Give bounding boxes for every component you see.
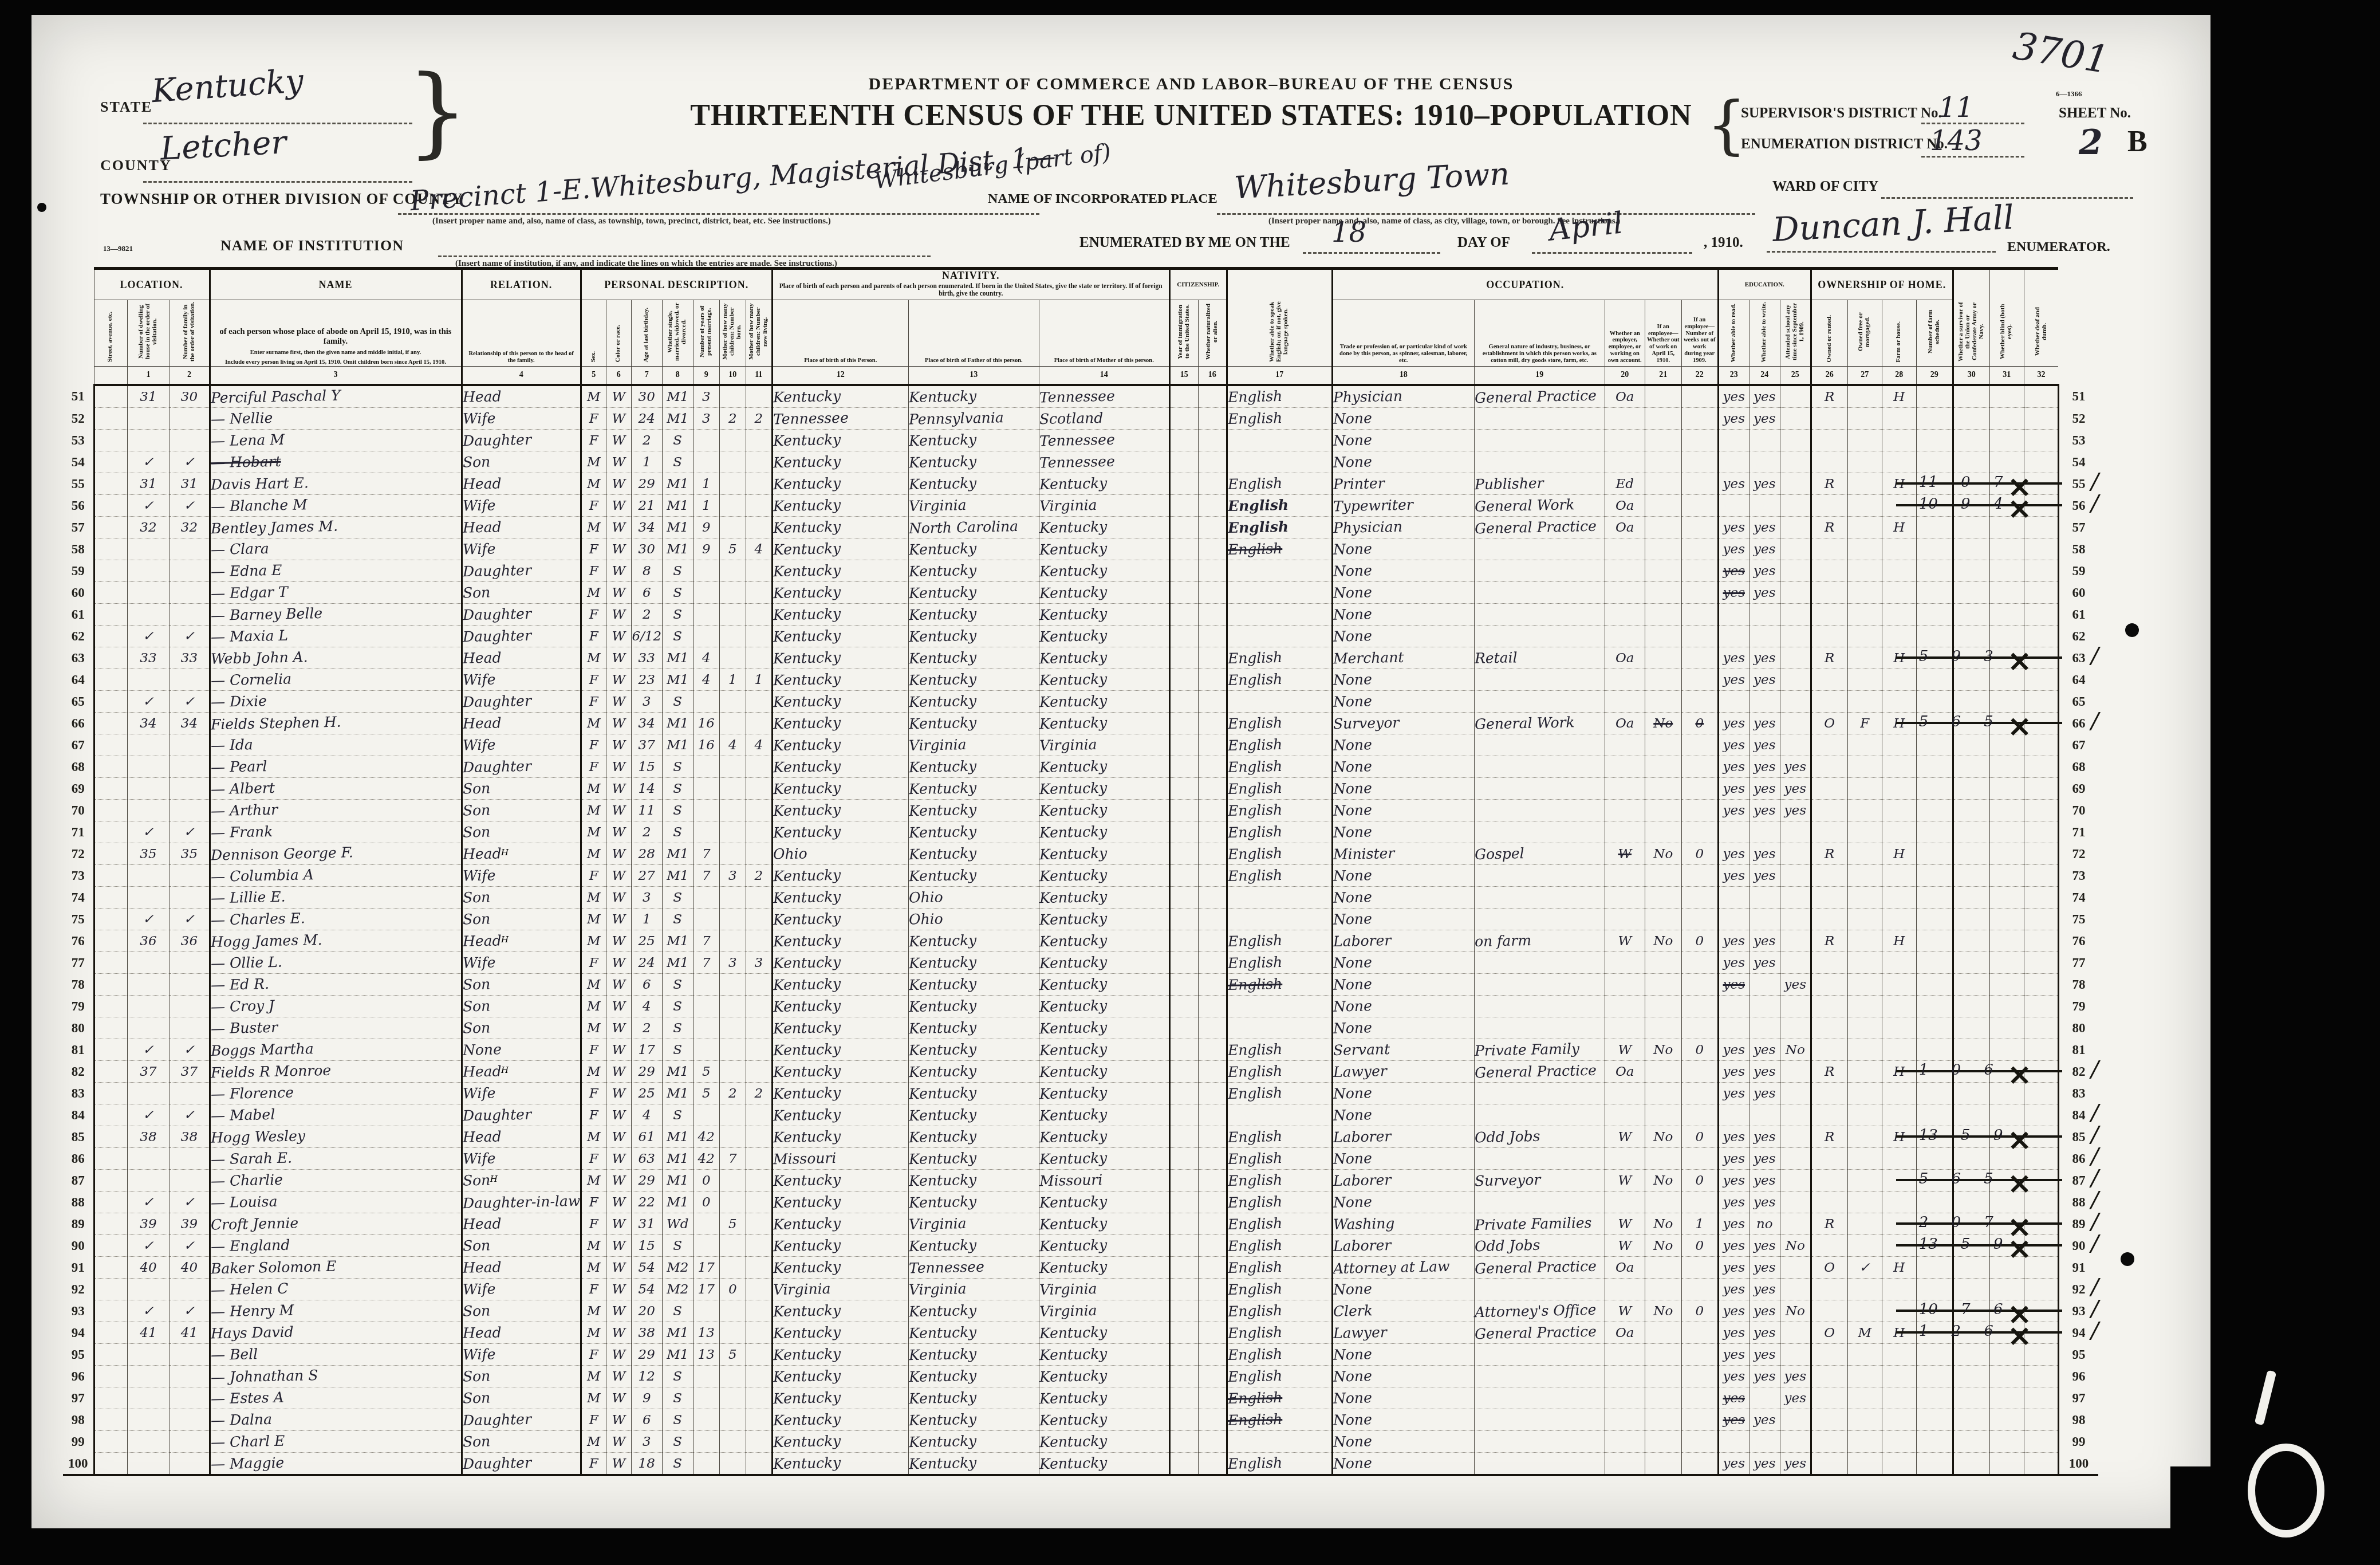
cell-can-read: yes xyxy=(1718,952,1749,974)
cell-free-mortgaged xyxy=(1847,821,1882,843)
cell-farm-house xyxy=(1882,734,1916,756)
census-row-63: 633333Webb John A.HeadMW33M14KentuckyKen… xyxy=(63,647,2098,669)
cell-personal: 8 xyxy=(631,560,662,582)
cell-personal xyxy=(719,495,746,517)
cell-naturalized xyxy=(1198,1344,1227,1366)
cell-weeks-out xyxy=(1681,1453,1718,1476)
line-number-left: 58 xyxy=(63,538,94,560)
cell-immigration-year xyxy=(1169,560,1198,582)
cell-attended-school xyxy=(1780,930,1811,952)
cell-out-of-work xyxy=(1645,560,1681,582)
cell-free-mortgaged xyxy=(1847,1148,1882,1170)
cell-personal: W xyxy=(606,1017,631,1039)
cell-personal: Wd xyxy=(662,1213,693,1235)
line-number-right: 60 xyxy=(2058,582,2098,604)
cell-free-mortgaged xyxy=(1847,408,1882,430)
cell-language: English xyxy=(1227,1453,1332,1476)
line-number-left: 82 xyxy=(63,1061,94,1083)
cell-name: — Barney Belle xyxy=(210,604,462,626)
cell-industry: on farm xyxy=(1474,930,1605,952)
cell-can-write xyxy=(1749,1104,1780,1126)
cell-free-mortgaged xyxy=(1847,1344,1882,1366)
cell-can-write xyxy=(1749,887,1780,909)
cell-dwelling xyxy=(127,952,170,974)
cell-name: — Dalna xyxy=(210,1409,462,1431)
col-header-name: of each person whose place of abode on A… xyxy=(210,300,462,367)
line-number-right: 67 xyxy=(2058,734,2098,756)
cell-name: Hays David xyxy=(210,1322,462,1344)
cell-personal xyxy=(719,1126,746,1148)
cell-out-of-work: No xyxy=(1645,1235,1681,1257)
cell-out-of-work xyxy=(1645,1409,1681,1431)
cell-personal: S xyxy=(662,604,693,626)
cell-out-of-work xyxy=(1645,451,1681,473)
cell-attended-school xyxy=(1780,560,1811,582)
col-header-pobm: Place of birth of Mother of this person. xyxy=(1039,300,1169,367)
cell-language: English xyxy=(1227,843,1332,865)
census-row-79: 79— Croy JSonMW4SKentuckyKentuckyKentuck… xyxy=(63,996,2098,1017)
cell-farm-schedule: 5 6 5× xyxy=(1916,713,1953,734)
cell-relation: Son xyxy=(462,800,581,821)
cell-personal: 3 xyxy=(631,887,662,909)
cell-immigration-year xyxy=(1169,1322,1198,1344)
cell-free-mortgaged xyxy=(1847,1170,1882,1192)
cell-language: English xyxy=(1227,1170,1332,1192)
cell-personal: W xyxy=(606,1170,631,1192)
cell-mother-birthplace: Virginia xyxy=(1039,1300,1169,1322)
cell-farm-schedule: 1 2 6× xyxy=(1916,1322,1953,1344)
cell-blind xyxy=(1989,604,2024,626)
cell-out-of-work: No xyxy=(1645,843,1681,865)
cell-immigration-year xyxy=(1169,952,1198,974)
cell-personal xyxy=(719,1409,746,1431)
cell-personal: S xyxy=(662,996,693,1017)
cell-family xyxy=(170,560,210,582)
cell-war-survivor xyxy=(1953,1409,1989,1431)
cell-dwelling xyxy=(127,1279,170,1300)
cell-employer-status xyxy=(1605,1344,1645,1366)
cell-attended-school xyxy=(1780,669,1811,691)
cell-street xyxy=(94,930,127,952)
line-number-right: 56/ xyxy=(2058,495,2098,517)
cell-personal: W xyxy=(606,930,631,952)
cell-family xyxy=(170,1344,210,1366)
sheet-value: 2 xyxy=(2079,123,2103,163)
cell-immigration-year xyxy=(1169,821,1198,843)
cell-can-read: yes xyxy=(1718,1148,1749,1170)
cell-employer-status: Oa xyxy=(1605,647,1645,669)
cell-name: — Florence xyxy=(210,1083,462,1104)
cell-father-birthplace: Kentucky xyxy=(908,647,1039,669)
cell-language: English xyxy=(1227,930,1332,952)
cell-personal: 5 xyxy=(693,1061,719,1083)
cell-personal: S xyxy=(662,756,693,778)
census-row-89: 893939Croft JennieHeadFW31Wd5KentuckyVir… xyxy=(63,1213,2098,1235)
cell-mother-birthplace: Kentucky xyxy=(1039,560,1169,582)
cell-relation: HeadH xyxy=(462,843,581,865)
cell-farm-house xyxy=(1882,538,1916,560)
cell-personal xyxy=(746,691,772,713)
line-number-left: 72 xyxy=(63,843,94,865)
cell-family: 35 xyxy=(170,843,210,865)
cell-relation: Son xyxy=(462,821,581,843)
line-number-left: 89 xyxy=(63,1213,94,1235)
cell-trade: Attorney at Law xyxy=(1332,1257,1474,1279)
cell-mother-birthplace: Kentucky xyxy=(1039,1213,1169,1235)
cell-father-birthplace: Kentucky xyxy=(908,1453,1039,1476)
census-row-86: 86— Sarah E.WifeFW63M1427MissouriKentuck… xyxy=(63,1148,2098,1170)
cell-can-write: yes xyxy=(1749,1453,1780,1476)
cell-personal xyxy=(719,1061,746,1083)
col-number-mortgage: 27 xyxy=(1847,367,1882,386)
cell-industry xyxy=(1474,974,1605,996)
cell-personal: S xyxy=(662,1300,693,1322)
cell-blind xyxy=(1989,756,2024,778)
cell-can-read: yes xyxy=(1718,1039,1749,1061)
cell-attended-school: yes xyxy=(1780,800,1811,821)
cell-war-survivor xyxy=(1953,669,1989,691)
cell-personal: M xyxy=(581,1322,606,1344)
cell-farm-schedule xyxy=(1916,1083,1953,1104)
cell-personal: 15 xyxy=(631,1235,662,1257)
cell-family xyxy=(170,538,210,560)
census-row-88: 88✓✓— LouisaDaughter-in-lawFW22M10Kentuc… xyxy=(63,1192,2098,1213)
cell-farm-schedule xyxy=(1916,1257,1953,1279)
cell-relation: HeadH xyxy=(462,1061,581,1083)
cell-personal: 1 xyxy=(719,669,746,691)
census-row-53: 53— Lena MDaughterFW2SKentuckyKentuckyTe… xyxy=(63,430,2098,451)
enumeration-line xyxy=(1921,156,2024,158)
cell-language: English xyxy=(1227,1213,1332,1235)
cell-attended-school xyxy=(1780,647,1811,669)
cell-mother-birthplace: Kentucky xyxy=(1039,1344,1169,1366)
cell-naturalized xyxy=(1198,1279,1227,1300)
line-number-left: 68 xyxy=(63,756,94,778)
cell-owned-rented xyxy=(1811,1344,1847,1366)
cell-personal: M1 xyxy=(662,669,693,691)
cell-birthplace: Virginia xyxy=(772,1279,908,1300)
cell-farm-schedule: 10 7 6× xyxy=(1916,1300,1953,1322)
cell-relation: Daughter xyxy=(462,756,581,778)
cell-out-of-work xyxy=(1645,1344,1681,1366)
cell-attended-school xyxy=(1780,1213,1811,1235)
cell-personal: 1 xyxy=(631,909,662,930)
cell-out-of-work xyxy=(1645,647,1681,669)
cell-birthplace: Kentucky xyxy=(772,495,908,517)
cell-language xyxy=(1227,1431,1332,1453)
cell-personal: M1 xyxy=(662,408,693,430)
cell-deaf-dumb xyxy=(2024,538,2058,560)
cell-name: Webb John A. xyxy=(210,647,462,669)
cell-out-of-work xyxy=(1645,1104,1681,1126)
cell-dwelling: 31 xyxy=(127,385,170,408)
cell-free-mortgaged xyxy=(1847,1213,1882,1235)
cell-immigration-year xyxy=(1169,1431,1198,1453)
cell-personal: F xyxy=(581,626,606,647)
cell-language: English xyxy=(1227,821,1332,843)
line-number-left: 79 xyxy=(63,996,94,1017)
cell-birthplace: Kentucky xyxy=(772,1300,908,1322)
cell-free-mortgaged: ✓ xyxy=(1847,1257,1882,1279)
cell-industry: General Practice xyxy=(1474,1257,1605,1279)
cell-employer-status xyxy=(1605,626,1645,647)
cell-employer-status: W xyxy=(1605,1126,1645,1148)
cell-name: Hogg Wesley xyxy=(210,1126,462,1148)
cell-owned-rented xyxy=(1811,887,1847,909)
cell-trade: None xyxy=(1332,909,1474,930)
cell-personal: W xyxy=(606,560,631,582)
cell-personal: W xyxy=(606,1431,631,1453)
cell-weeks-out xyxy=(1681,691,1718,713)
col-number-employer: 20 xyxy=(1605,367,1645,386)
census-row-83: 83— FlorenceWifeFW25M1522KentuckyKentuck… xyxy=(63,1083,2098,1104)
cell-can-write: yes xyxy=(1749,517,1780,538)
cell-personal xyxy=(746,495,772,517)
cell-personal: M1 xyxy=(662,385,693,408)
cell-farm-house xyxy=(1882,865,1916,887)
line-number-right: 94/ xyxy=(2058,1322,2098,1344)
cell-war-survivor xyxy=(1953,930,1989,952)
cell-out-of-work xyxy=(1645,604,1681,626)
cell-employer-status: Oa xyxy=(1605,517,1645,538)
cell-naturalized xyxy=(1198,1431,1227,1453)
line-number-right: 82/ xyxy=(2058,1061,2098,1083)
cell-relation: Head xyxy=(462,1213,581,1235)
cell-street xyxy=(94,1235,127,1257)
cell-free-mortgaged xyxy=(1847,1126,1882,1148)
cell-dwelling: 37 xyxy=(127,1061,170,1083)
cell-personal: W xyxy=(606,756,631,778)
cell-owned-rented xyxy=(1811,1148,1847,1170)
cell-street xyxy=(94,473,127,495)
col-number-blind: 31 xyxy=(1989,367,2024,386)
cell-dwelling xyxy=(127,669,170,691)
col-number-color: 6 xyxy=(606,367,631,386)
cell-birthplace: Kentucky xyxy=(772,538,908,560)
census-row-70: 70— ArthurSonMW11SKentuckyKentuckyKentuc… xyxy=(63,800,2098,821)
col-number-relation: 4 xyxy=(462,367,581,386)
cell-can-write: yes xyxy=(1749,582,1780,604)
census-row-98: 98— DalnaDaughterFW6SKentuckyKentuckyKen… xyxy=(63,1409,2098,1431)
cell-can-read: yes xyxy=(1718,1453,1749,1476)
cell-can-read: yes xyxy=(1718,1192,1749,1213)
cell-immigration-year xyxy=(1169,930,1198,952)
cell-language: English xyxy=(1227,1300,1332,1322)
line-number-right: 61 xyxy=(2058,604,2098,626)
line-number-right: 100 xyxy=(2058,1453,2098,1476)
line-number-left: 91 xyxy=(63,1257,94,1279)
cell-mother-birthplace: Kentucky xyxy=(1039,1126,1169,1148)
cell-farm-schedule xyxy=(1916,843,1953,865)
cell-attended-school xyxy=(1780,582,1811,604)
cell-industry: General Work xyxy=(1474,713,1605,734)
cell-personal: M1 xyxy=(662,1192,693,1213)
col-number-sex: 5 xyxy=(581,367,606,386)
group-header: OWNERSHIP OF HOME. xyxy=(1811,269,1953,300)
cell-out-of-work xyxy=(1645,1061,1681,1083)
cell-can-read: yes xyxy=(1718,1387,1749,1409)
cell-employer-status: W xyxy=(1605,1170,1645,1192)
cell-deaf-dumb xyxy=(2024,1017,2058,1039)
cell-personal xyxy=(746,1453,772,1476)
col-number-schedule: 29 xyxy=(1916,367,1953,386)
cell-mother-birthplace: Kentucky xyxy=(1039,1017,1169,1039)
cell-personal: 2 xyxy=(746,408,772,430)
cell-weeks-out xyxy=(1681,1257,1718,1279)
cell-war-survivor xyxy=(1953,843,1989,865)
cell-personal xyxy=(746,1431,772,1453)
cell-relation: Wife xyxy=(462,495,581,517)
cell-can-read: yes xyxy=(1718,1170,1749,1192)
cell-trade: Physician xyxy=(1332,385,1474,408)
cell-personal: 30 xyxy=(631,385,662,408)
col-header-trade: Trade or profession of, or particular ki… xyxy=(1332,300,1474,367)
cell-employer-status xyxy=(1605,1083,1645,1104)
cell-farm-house xyxy=(1882,1453,1916,1476)
cell-out-of-work: No xyxy=(1645,1213,1681,1235)
cell-farm-schedule xyxy=(1916,778,1953,800)
line-number-left: 75 xyxy=(63,909,94,930)
cell-relation: Son xyxy=(462,1431,581,1453)
cell-name: Fields Stephen H. xyxy=(210,713,462,734)
cell-language xyxy=(1227,691,1332,713)
col-number-pob: 12 xyxy=(772,367,908,386)
cell-personal xyxy=(719,582,746,604)
cell-weeks-out xyxy=(1681,451,1718,473)
cell-personal: W xyxy=(606,1192,631,1213)
cell-personal: W xyxy=(606,1453,631,1476)
cell-deaf-dumb xyxy=(2024,560,2058,582)
cell-personal: S xyxy=(662,821,693,843)
cell-relation: Son xyxy=(462,974,581,996)
cell-attended-school xyxy=(1780,604,1811,626)
cell-can-read: yes xyxy=(1718,1409,1749,1431)
cell-farm-schedule xyxy=(1916,1148,1953,1170)
cell-street xyxy=(94,1279,127,1300)
cell-weeks-out xyxy=(1681,1061,1718,1083)
cell-deaf-dumb xyxy=(2024,1453,2058,1476)
cell-can-read xyxy=(1718,451,1749,473)
cell-trade: None xyxy=(1332,734,1474,756)
cell-personal: W xyxy=(606,1083,631,1104)
col-header-dwelling: Number of dwelling house in the order of… xyxy=(127,300,170,367)
line-number-right: 78 xyxy=(2058,974,2098,996)
cell-war-survivor xyxy=(1953,909,1989,930)
census-row-61: 61— Barney BelleDaughterFW2SKentuckyKent… xyxy=(63,604,2098,626)
cell-father-birthplace: Kentucky xyxy=(908,1322,1039,1344)
cell-owned-rented xyxy=(1811,1366,1847,1387)
cell-trade: Laborer xyxy=(1332,1126,1474,1148)
cell-out-of-work xyxy=(1645,734,1681,756)
cell-personal: 7 xyxy=(693,865,719,887)
line-number-left: 63 xyxy=(63,647,94,669)
cell-industry: Surveyor xyxy=(1474,1170,1605,1192)
place-label: NAME OF INCORPORATED PLACE xyxy=(988,191,1217,207)
cell-personal xyxy=(719,517,746,538)
cell-personal: F xyxy=(581,604,606,626)
cell-attended-school: yes xyxy=(1780,1453,1811,1476)
cell-personal: M xyxy=(581,843,606,865)
cell-language: English xyxy=(1227,1148,1332,1170)
cell-industry xyxy=(1474,865,1605,887)
cell-mother-birthplace: Kentucky xyxy=(1039,1039,1169,1061)
cell-personal xyxy=(693,996,719,1017)
county-line xyxy=(143,181,412,183)
cell-industry: General Work xyxy=(1474,495,1605,517)
cell-can-write: no xyxy=(1749,1213,1780,1235)
cell-trade: None xyxy=(1332,996,1474,1017)
cell-deaf-dumb xyxy=(2024,778,2058,800)
cell-trade: None xyxy=(1332,1409,1474,1431)
cell-birthplace: Kentucky xyxy=(772,974,908,996)
cell-street xyxy=(94,1409,127,1431)
cell-deaf-dumb xyxy=(2024,1409,2058,1431)
cell-personal: 20 xyxy=(631,1300,662,1322)
col-number-born: 10 xyxy=(719,367,746,386)
cell-father-birthplace: Kentucky xyxy=(908,1431,1039,1453)
cell-dwelling: ✓ xyxy=(127,451,170,473)
cell-dwelling xyxy=(127,582,170,604)
cell-industry xyxy=(1474,1431,1605,1453)
cell-deaf-dumb xyxy=(2024,1366,2058,1387)
cell-personal: F xyxy=(581,865,606,887)
cell-personal: 2 xyxy=(631,430,662,451)
cell-personal: S xyxy=(662,800,693,821)
cell-can-write: yes xyxy=(1749,538,1780,560)
cell-employer-status xyxy=(1605,1366,1645,1387)
cell-immigration-year xyxy=(1169,604,1198,626)
cell-personal: M xyxy=(581,1387,606,1409)
cell-war-survivor xyxy=(1953,996,1989,1017)
cell-employer-status xyxy=(1605,778,1645,800)
cell-personal xyxy=(693,1453,719,1476)
cell-name: — Albert xyxy=(210,778,462,800)
cell-father-birthplace: North Carolina xyxy=(908,517,1039,538)
cell-relation: Son xyxy=(462,887,581,909)
cell-birthplace: Kentucky xyxy=(772,1409,908,1431)
cell-language xyxy=(1227,582,1332,604)
page-title: THIRTEENTH CENSUS OF THE UNITED STATES: … xyxy=(661,99,1721,132)
cell-family xyxy=(170,582,210,604)
cell-out-of-work xyxy=(1645,473,1681,495)
cell-naturalized xyxy=(1198,1104,1227,1126)
line-number-right: 98 xyxy=(2058,1409,2098,1431)
cell-personal: M1 xyxy=(662,517,693,538)
cell-weeks-out xyxy=(1681,1192,1718,1213)
cell-personal xyxy=(746,1192,772,1213)
cell-father-birthplace: Kentucky xyxy=(908,451,1039,473)
cell-owned-rented xyxy=(1811,560,1847,582)
cell-blind xyxy=(1989,865,2024,887)
cell-language: English xyxy=(1227,385,1332,408)
cell-personal xyxy=(719,1453,746,1476)
cell-attended-school xyxy=(1780,408,1811,430)
cell-language: English xyxy=(1227,800,1332,821)
cell-relation: Son xyxy=(462,1300,581,1322)
cell-personal: F xyxy=(581,1083,606,1104)
cell-trade: None xyxy=(1332,408,1474,430)
cell-out-of-work xyxy=(1645,669,1681,691)
cell-war-survivor xyxy=(1953,538,1989,560)
cell-personal: 2 xyxy=(631,604,662,626)
cell-mother-birthplace: Kentucky xyxy=(1039,1104,1169,1126)
cell-personal: M1 xyxy=(662,713,693,734)
cell-can-write xyxy=(1749,691,1780,713)
cell-relation: Wife xyxy=(462,408,581,430)
cell-name: — Sarah E. xyxy=(210,1148,462,1170)
cell-personal: W xyxy=(606,996,631,1017)
col-number-trade: 18 xyxy=(1332,367,1474,386)
